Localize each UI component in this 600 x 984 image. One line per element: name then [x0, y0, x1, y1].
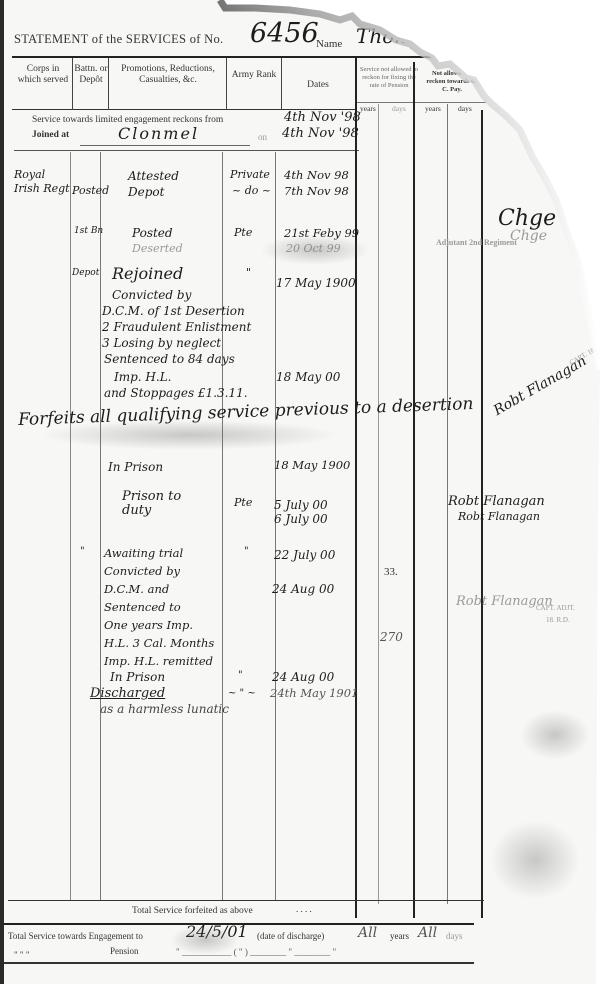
- forfeited-dots: . . . .: [296, 904, 312, 914]
- entry-date-july-6: 6 July 00: [274, 512, 328, 526]
- entry-date-aug-24: 24 Aug 00: [272, 582, 334, 596]
- entry-event-in-prison-2: In Prison: [110, 670, 165, 684]
- joined-on-value: 4th Nov '98: [282, 126, 359, 141]
- col-divider-6: [378, 104, 379, 904]
- pension-days-270: 270: [380, 630, 403, 644]
- days-value: All: [418, 925, 437, 941]
- header-top-rule: [12, 56, 432, 58]
- col-header-corps: Corps in which served: [14, 64, 72, 86]
- days-label: days: [446, 931, 463, 941]
- col-divider-1-header: [72, 58, 73, 110]
- entry-date-imp: 18 May 00: [276, 370, 340, 384]
- entry-date-in-prison: 18 May 1900: [274, 458, 350, 472]
- adjutant-stamp: Adjutant 2nd Regiment: [436, 238, 517, 247]
- entry-rank-pte: Pte: [234, 226, 252, 239]
- entry-event-3-cal-months: H.L. 3 Cal. Months: [104, 636, 214, 650]
- capt-adjt-stamp-2: 18. R.D.: [546, 616, 570, 624]
- entry-corps: Royal Irish Regt: [14, 168, 70, 196]
- pension-years-header: years: [360, 104, 376, 113]
- entry-date-july-5: 5 July 00: [274, 498, 328, 512]
- entry-event-stoppages: and Stoppages £1.3.11.: [104, 386, 248, 400]
- entry-event-remitted: Imp. H.L. remitted: [104, 654, 213, 668]
- entry-event-fraudulent: 2 Fraudulent Enlistment: [102, 320, 251, 334]
- col-divider-3-header: [226, 58, 227, 110]
- engagement-label: Total Service towards Engagement to: [8, 931, 143, 941]
- entry-event-prison-to-duty: Prison to duty: [122, 490, 182, 518]
- entry-event-dcm-desertion: D.C.M. of 1st Desertion: [102, 304, 245, 318]
- forfeited-label: Total Service forfeited as above: [132, 906, 253, 916]
- joined-on-label: on: [258, 132, 267, 142]
- entry-rank-pte-2: Pte: [234, 496, 252, 509]
- pension-days-33: 33.: [384, 566, 398, 578]
- pension-days-header: days: [392, 104, 406, 113]
- service-section-rule: [14, 150, 359, 151]
- col-divider-3: [222, 152, 223, 900]
- scan-left-edge: [0, 0, 4, 984]
- entry-battn-posted: Posted: [72, 184, 109, 197]
- col-divider-2: [100, 152, 101, 900]
- entry-rank-private: Private: [230, 168, 270, 181]
- discharge-label: (date of discharge): [257, 931, 324, 941]
- service-reckons-value: 4th Nov '98: [284, 110, 361, 125]
- service-record-page: STATEMENT of the SERVICES of No. 6456 Na…: [0, 0, 600, 984]
- entry-date-july-22: 22 July 00: [274, 548, 335, 562]
- col-header-rank: Army Rank: [228, 66, 280, 84]
- signature-3b: Robt Flanagan: [458, 510, 540, 523]
- col-divider-4-header: [281, 58, 282, 110]
- ink-smudge: [40, 420, 340, 450]
- entry-event-convicted-2: Convicted by: [104, 564, 180, 578]
- entry-event-sentenced-2: Sentenced to: [104, 600, 181, 614]
- entry-event-discharged: Discharged: [90, 686, 165, 701]
- entry-rank-ditto: ~ do ~: [232, 184, 271, 197]
- entry-battn-depot: Depot: [72, 268, 99, 278]
- entry-battn-1st: 1st Bn: [74, 226, 103, 236]
- col-divider-1: [70, 152, 71, 900]
- entry-rank-ditto-4: ": [238, 670, 243, 681]
- name-label: Name: [316, 38, 342, 50]
- col-header-battn: Battn. or Depôt: [74, 64, 108, 86]
- years-label: years: [390, 931, 409, 941]
- entry-rank-ditto-3: ": [244, 546, 249, 557]
- col-header-gc-pay: Not allowed to reckon towards G. C. Pay.: [424, 70, 480, 94]
- signature-3: Robt Flanagan: [448, 494, 545, 509]
- entry-event-rejoined: Rejoined: [112, 264, 183, 283]
- entry-event-lunatic: as a harmless lunatic: [100, 702, 229, 716]
- years-value: All: [358, 925, 377, 941]
- entry-rank-ditto-2: ": [246, 266, 251, 279]
- col-divider-2-header: [108, 58, 109, 110]
- entry-date-2: 7th Nov 98: [284, 184, 349, 198]
- entry-battn-ditto: ": [80, 546, 85, 557]
- col-header-pension: Service not allowed to reckon for fixing…: [358, 66, 420, 90]
- pension-label: Pension: [110, 946, 139, 956]
- entry-event-dcm-and: D.C.M. and: [104, 582, 169, 596]
- entry-date-1: 4th Nov 98: [284, 168, 349, 182]
- col-divider-7: [413, 62, 415, 918]
- entry-event-losing: 3 Losing by neglect: [102, 336, 221, 350]
- entry-date-discharged: 24th May 1901: [270, 686, 358, 700]
- entry-event-posted: Posted: [132, 226, 173, 240]
- entry-event-in-prison: In Prison: [108, 460, 163, 474]
- col-header-dates: Dates: [282, 80, 354, 91]
- col-header-promotions: Promotions, Reductions, Casualties, &c.: [110, 64, 226, 86]
- joined-at-label: Joined at: [32, 130, 69, 140]
- pension-ditto-marks: " " ": [14, 950, 30, 960]
- col-divider-4: [275, 152, 276, 900]
- regimental-number: 6456: [250, 18, 319, 49]
- gc-years-header: years: [425, 104, 441, 113]
- footer-bottom-rule: [4, 962, 474, 964]
- footer-top-rule: [8, 900, 484, 901]
- entry-date-rejoined: 17 May 1900: [276, 276, 356, 290]
- joined-at-underline: [80, 145, 250, 146]
- ink-smudge: [260, 235, 370, 265]
- entry-date-aug-24b: 24 Aug 00: [272, 670, 334, 684]
- entry-event-convicted: Convicted by: [112, 288, 191, 302]
- entry-event-awaiting-trial: Awaiting trial: [104, 546, 183, 560]
- form-title: STATEMENT of the SERVICES of No.: [14, 32, 223, 47]
- entry-event-imp-hl: Imp. H.L.: [114, 370, 172, 384]
- gc-days-header: days: [458, 104, 472, 113]
- ink-smudge: [490, 820, 580, 900]
- entry-rank-ditto-5: ~ " ~: [228, 688, 256, 699]
- entry-event-deserted-faint: Deserted: [132, 242, 183, 255]
- entry-event-sentenced: Sentenced to 84 days: [104, 352, 235, 366]
- ink-smudge: [520, 710, 590, 760]
- capt-adjt-stamp-1: CAPT. ADJT.: [536, 604, 575, 612]
- col-divider-5: [355, 58, 357, 918]
- name-value: Thom: [356, 24, 413, 48]
- years-days-rule: [356, 102, 486, 103]
- joined-at-value: Clonmel: [118, 124, 199, 143]
- entry-event-attested: Attested Depot: [128, 168, 208, 200]
- entry-event-one-year: One years Imp.: [104, 618, 193, 632]
- ink-smudge: [170, 925, 240, 955]
